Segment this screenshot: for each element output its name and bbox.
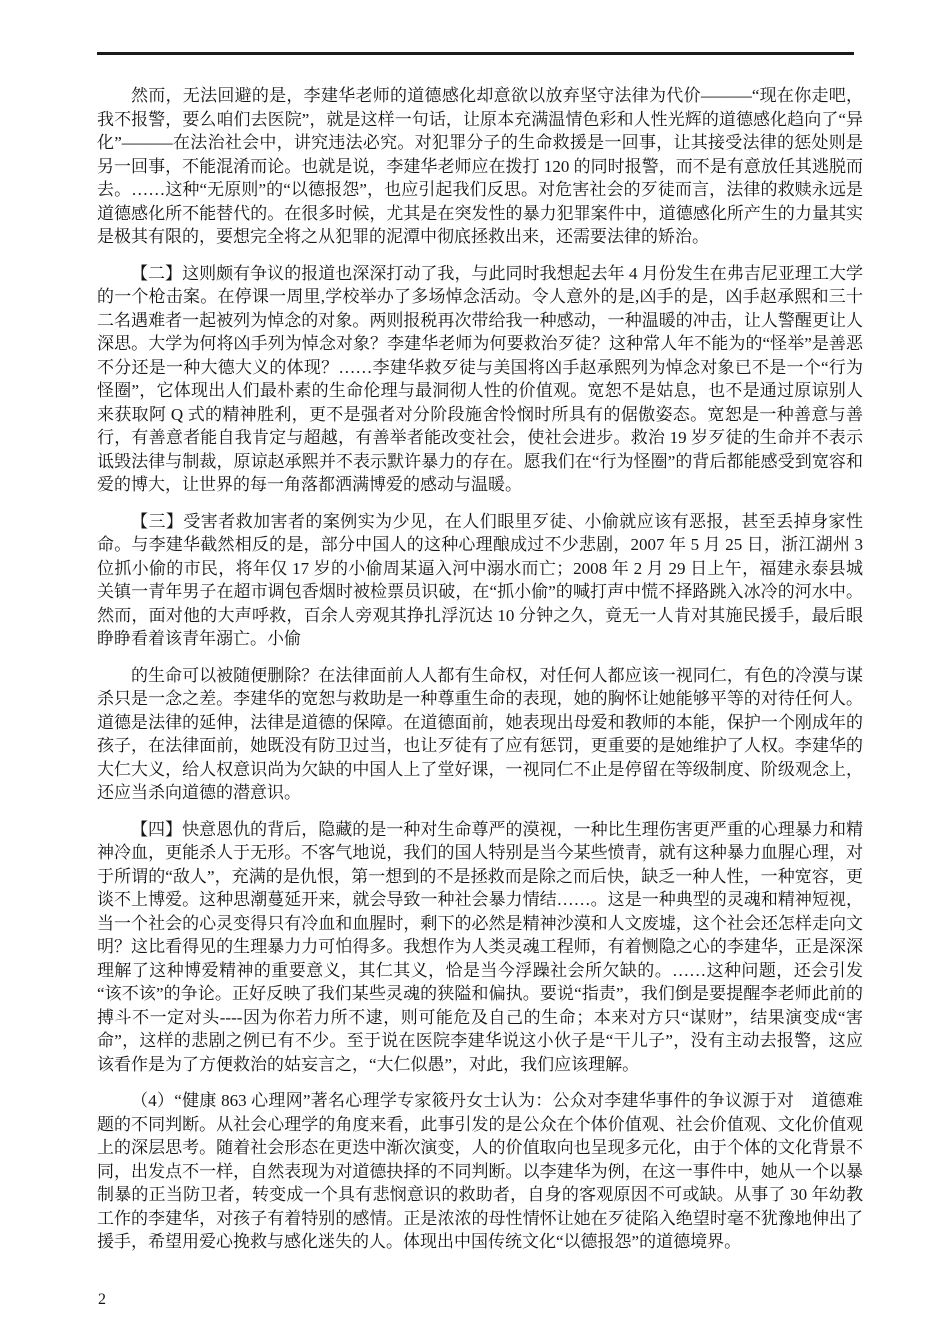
header-rule [97, 52, 854, 55]
page-number: 2 [98, 1290, 106, 1310]
paragraph-4: 的生命可以被随便删除？在法律面前人人都有生命权，对任何人都应该一视同仁，有色的冷… [97, 664, 863, 805]
paragraph-6: （4）“健康 863 心理网”著名心理学专家筱丹女士认为：公众对李建华事件的争议… [97, 1089, 863, 1254]
paragraph-5: 【四】快意恩仇的背后，隐藏的是一种对生命尊严的漠视，一种比生理伤害更严重的心理暴… [97, 818, 863, 1077]
paragraph-3: 【三】受害者救加害者的案例实为少见，在人们眼里歹徒、小偷就应该有恶报，甚至丢掉身… [97, 510, 863, 651]
document-body: 然而，无法回避的是，李建华老师的道德感化却意欲以放弃坚守法律为代价———“现在你… [97, 84, 863, 1267]
document-page: 然而，无法回避的是，李建华老师的道德感化却意欲以放弃坚守法律为代价———“现在你… [0, 0, 950, 1344]
paragraph-2: 【二】这则颇有争议的报道也深深打动了我，与此同时我想起去年 4 月份发生在弗吉尼… [97, 262, 863, 497]
paragraph-1: 然而，无法回避的是，李建华老师的道德感化却意欲以放弃坚守法律为代价———“现在你… [97, 84, 863, 249]
